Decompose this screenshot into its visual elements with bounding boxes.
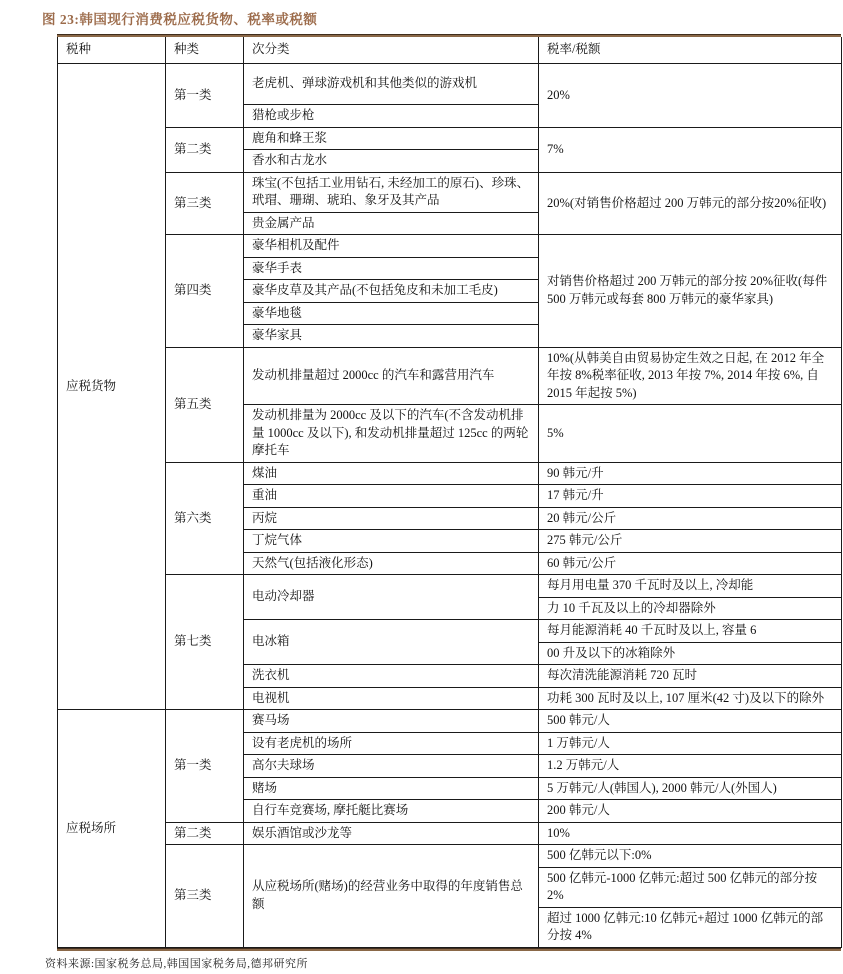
subcategory-cell: 豪华家具	[244, 325, 539, 348]
rate-cell: 500 亿韩元-1000 亿韩元:超过 500 亿韩元的部分按 2%	[539, 867, 842, 907]
category-cell: 第三类	[166, 845, 244, 948]
category-cell: 第四类	[166, 235, 244, 348]
subcategory-cell: 高尔夫球场	[244, 755, 539, 778]
subcategory-cell: 豪华相机及配件	[244, 235, 539, 258]
tax-table: 税种 种类 次分类 税率/税额 应税货物第一类老虎机、弹球游戏机和其他类似的游戏…	[57, 37, 842, 948]
tax-type-cell: 应税货物	[58, 64, 166, 710]
subcategory-cell: 豪华皮草及其产品(不包括兔皮和未加工毛皮)	[244, 280, 539, 303]
subcategory-cell: 珠宝(不包括工业用钻石, 未经加工的原石)、珍珠、玳瑁、珊瑚、琥珀、象牙及其产品	[244, 172, 539, 212]
rate-cell: 5%	[539, 405, 842, 463]
table-row: 应税货物第一类老虎机、弹球游戏机和其他类似的游戏机20%	[58, 64, 842, 105]
rate-cell: 200 韩元/人	[539, 800, 842, 823]
subcategory-cell: 电视机	[244, 687, 539, 710]
category-cell: 第二类	[166, 822, 244, 845]
subcategory-cell: 赌场	[244, 777, 539, 800]
subcategory-cell: 天然气(包括液化形态)	[244, 552, 539, 575]
subcategory-cell: 丁烷气体	[244, 530, 539, 553]
col-header-rate: 税率/税额	[539, 37, 842, 64]
rate-cell: 对销售价格超过 200 万韩元的部分按 20%征收(每件 500 万韩元或每套 …	[539, 235, 842, 348]
rate-cell: 20 韩元/公斤	[539, 507, 842, 530]
rate-cell: 00 升及以下的冰箱除外	[539, 642, 842, 665]
subcategory-cell: 娱乐酒馆或沙龙等	[244, 822, 539, 845]
subcategory-cell: 重油	[244, 485, 539, 508]
rate-cell: 10%(从韩美自由贸易协定生效之日起, 在 2012 年全年按 8%税率征收, …	[539, 347, 842, 405]
rate-cell: 500 亿韩元以下:0%	[539, 845, 842, 868]
subcategory-cell: 鹿角和蜂王浆	[244, 127, 539, 150]
table-row: 应税场所第一类赛马场500 韩元/人	[58, 710, 842, 733]
subcategory-cell: 豪华手表	[244, 257, 539, 280]
rate-cell: 90 韩元/升	[539, 462, 842, 485]
figure-title: 图 23:韩国现行消费税应税货物、税率或税额	[42, 8, 843, 28]
col-header-category: 种类	[166, 37, 244, 64]
rate-cell: 500 韩元/人	[539, 710, 842, 733]
table-row: 第六类煤油90 韩元/升	[58, 462, 842, 485]
col-header-tax-type: 税种	[58, 37, 166, 64]
rate-cell: 超过 1000 亿韩元:10 亿韩元+超过 1000 亿韩元的部分按 4%	[539, 907, 842, 947]
source-note: 资料来源:国家税务总局,韩国国家税务局,德邦研究所	[45, 955, 843, 971]
report-figure-page: 图 23:韩国现行消费税应税货物、税率或税额 税种 种类 次分类 税率/税额 应…	[0, 8, 843, 971]
rate-cell: 每月用电量 370 千瓦时及以上, 冷却能	[539, 575, 842, 598]
subcategory-cell: 豪华地毯	[244, 302, 539, 325]
rate-cell: 60 韩元/公斤	[539, 552, 842, 575]
subcategory-cell: 电动冷却器	[244, 575, 539, 620]
subcategory-cell: 老虎机、弹球游戏机和其他类似的游戏机	[244, 64, 539, 105]
category-cell: 第二类	[166, 127, 244, 172]
subcategory-cell: 自行车竞赛场, 摩托艇比赛场	[244, 800, 539, 823]
subcategory-cell: 设有老虎机的场所	[244, 732, 539, 755]
rate-cell: 每月能源消耗 40 千瓦时及以上, 容量 6	[539, 620, 842, 643]
table-row: 第三类珠宝(不包括工业用钻石, 未经加工的原石)、珍珠、玳瑁、珊瑚、琥珀、象牙及…	[58, 172, 842, 212]
subcategory-cell: 电冰箱	[244, 620, 539, 665]
col-header-subcategory: 次分类	[244, 37, 539, 64]
rate-cell: 1 万韩元/人	[539, 732, 842, 755]
rate-cell: 5 万韩元/人(韩国人), 2000 韩元/人(外国人)	[539, 777, 842, 800]
header-row: 税种 种类 次分类 税率/税额	[58, 37, 842, 64]
subcategory-cell: 发动机排量为 2000cc 及以下的汽车(不含发动机排量 1000cc 及以下)…	[244, 405, 539, 463]
rate-cell: 20%	[539, 64, 842, 128]
category-cell: 第五类	[166, 347, 244, 462]
subcategory-cell: 发动机排量超过 2000cc 的汽车和露营用汽车	[244, 347, 539, 405]
subcategory-cell: 贵金属产品	[244, 212, 539, 235]
rate-cell: 10%	[539, 822, 842, 845]
rate-cell: 275 韩元/公斤	[539, 530, 842, 553]
rate-cell: 力 10 千瓦及以上的冷却器除外	[539, 597, 842, 620]
rate-cell: 每次清洗能源消耗 720 瓦时	[539, 665, 842, 688]
table-row: 第二类鹿角和蜂王浆7%	[58, 127, 842, 150]
rate-cell: 20%(对销售价格超过 200 万韩元的部分按20%征收)	[539, 172, 842, 235]
rate-cell: 17 韩元/升	[539, 485, 842, 508]
category-cell: 第六类	[166, 462, 244, 575]
category-cell: 第七类	[166, 575, 244, 710]
rate-cell: 7%	[539, 127, 842, 172]
rate-cell: 功耗 300 瓦时及以上, 107 厘米(42 寸)及以下的除外	[539, 687, 842, 710]
category-cell: 第三类	[166, 172, 244, 235]
category-cell: 第一类	[166, 710, 244, 823]
subcategory-cell: 煤油	[244, 462, 539, 485]
subcategory-cell: 洗衣机	[244, 665, 539, 688]
table-row: 第七类电动冷却器每月用电量 370 千瓦时及以上, 冷却能	[58, 575, 842, 598]
subcategory-cell: 赛马场	[244, 710, 539, 733]
subcategory-cell: 从应税场所(赌场)的经营业务中取得的年度销售总额	[244, 845, 539, 948]
table-row: 第三类从应税场所(赌场)的经营业务中取得的年度销售总额500 亿韩元以下:0%	[58, 845, 842, 868]
tax-type-cell: 应税场所	[58, 710, 166, 948]
table-row: 第五类发动机排量超过 2000cc 的汽车和露营用汽车10%(从韩美自由贸易协定…	[58, 347, 842, 405]
table-row: 第二类娱乐酒馆或沙龙等10%	[58, 822, 842, 845]
table-row: 第四类豪华相机及配件对销售价格超过 200 万韩元的部分按 20%征收(每件 5…	[58, 235, 842, 258]
subcategory-cell: 香水和古龙水	[244, 150, 539, 173]
subcategory-cell: 丙烷	[244, 507, 539, 530]
subcategory-cell: 猎枪或步枪	[244, 105, 539, 128]
category-cell: 第一类	[166, 64, 244, 128]
bottom-rule	[57, 948, 841, 951]
rate-cell: 1.2 万韩元/人	[539, 755, 842, 778]
